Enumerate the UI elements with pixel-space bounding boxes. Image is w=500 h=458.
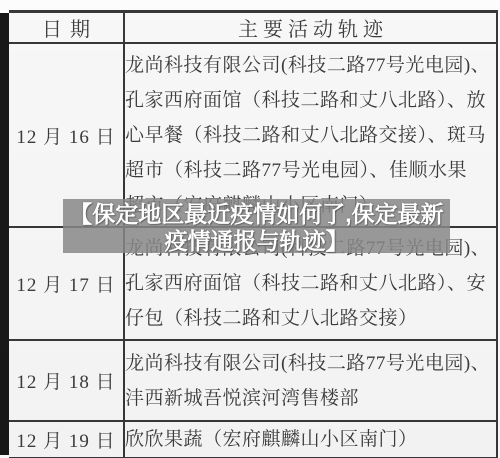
- left-edge-scan-bar: [0, 13, 9, 455]
- track-line: 超市（科技二路77号光电园）、佳顺水果: [125, 153, 496, 188]
- track-cell: 龙尚科技有限公司(科技二路77号光电园)、 沣西新城吾悦滨河湾售楼部: [124, 340, 497, 421]
- track-line: 孔家西府面馆（科技二路和丈八北路）、放: [125, 83, 496, 118]
- track-cell: 欣欣果蔬（宏府麒麟山小区南门）: [124, 421, 497, 458]
- track-line: 龙尚科技有限公司(科技二路77号光电园)、: [125, 48, 496, 83]
- header-date: 日期: [9, 12, 124, 44]
- table-row: 12 月 19 日 欣欣果蔬（宏府麒麟山小区南门）: [9, 421, 497, 458]
- watermark-title-line-1: 【保定地区最近疫情如何了,保定最新: [69, 200, 443, 229]
- track-line: 心早餐（科技二路和丈八北路交接）、斑马: [125, 118, 496, 153]
- watermark-overlay: 【保定地区最近疫情如何了,保定最新 疫情通报与轨迹】: [63, 199, 450, 253]
- watermark-title-line-2: 疫情通报与轨迹】: [165, 229, 349, 253]
- track-line: 欣欣果蔬（宏府麒麟山小区南门）: [125, 422, 496, 457]
- table-header-row: 日期 主要活动轨迹: [9, 12, 497, 44]
- header-activity-track: 主要活动轨迹: [124, 12, 497, 44]
- track-line: 仔包（科技二路和丈八北路交接）: [125, 301, 496, 336]
- track-line: 沣西新城吾悦滨河湾售楼部: [125, 381, 496, 416]
- date-cell: 12 月 19 日: [9, 421, 124, 458]
- date-cell: 12 月 18 日: [9, 340, 124, 421]
- track-line: 孔家西府面馆（科技二路和丈八北路）、安: [125, 266, 496, 301]
- scanned-document-page: 日期 主要活动轨迹 12 月 16 日 龙尚科技有限公司(科技二路77号光电园)…: [0, 0, 500, 458]
- track-line: 龙尚科技有限公司(科技二路77号光电园)、: [125, 346, 496, 381]
- table-row: 12 月 18 日 龙尚科技有限公司(科技二路77号光电园)、 沣西新城吾悦滨河…: [9, 340, 497, 421]
